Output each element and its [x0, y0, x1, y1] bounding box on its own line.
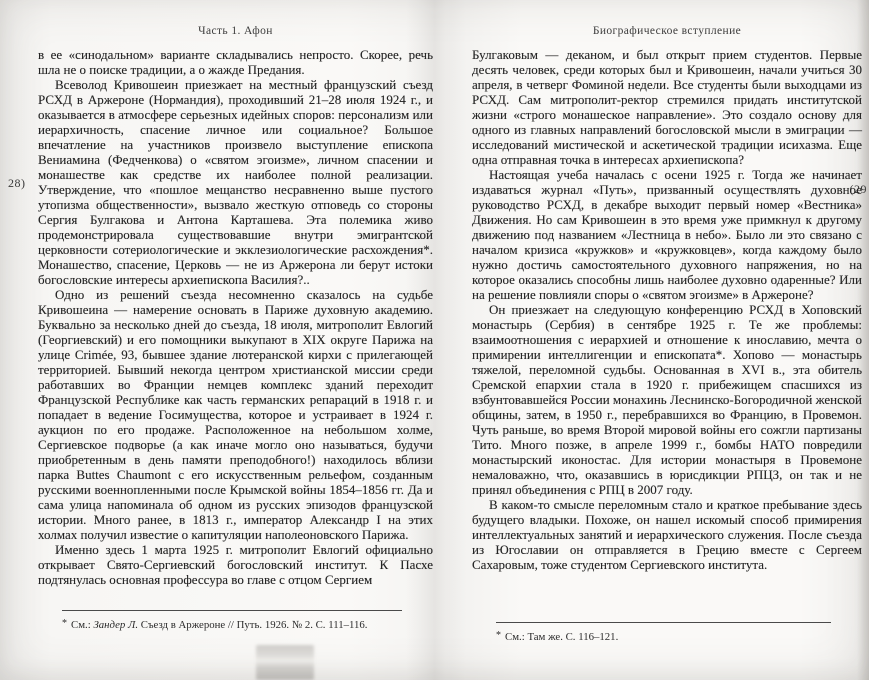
footnote-right: *См.: Там же. С. 116–121. — [472, 622, 862, 644]
body-paragraph: Всеволод Кривошеин приезжает на местный … — [38, 77, 433, 287]
footnote-rest: Съезд в Аржероне // Путь. 1926. № 2. С. … — [138, 619, 367, 631]
body-paragraph: Настоящая учеба началась с осени 1925 г.… — [472, 167, 862, 302]
body-paragraph: Он приезжает на следующую конференцию РС… — [472, 302, 862, 497]
footnote-rule — [496, 622, 831, 623]
footnote-prefix: См.: — [71, 619, 93, 631]
footnote-source: Зандер Л. — [93, 619, 138, 631]
left-margin-page-number: 28) — [8, 176, 26, 191]
left-page: Часть 1. Афон в ее «синодальном» вариант… — [38, 24, 433, 587]
running-header-left: Часть 1. Афон — [38, 24, 433, 38]
footnote-marker: * — [496, 630, 501, 641]
book-scan-spread: 28) (29 Часть 1. Афон в ее «синодальном»… — [0, 0, 869, 680]
running-header-right: Биографическое вступление — [472, 24, 862, 38]
body-paragraph: Одно из решений съезда несомненно сказал… — [38, 287, 433, 542]
left-page-body: в ее «синодальном» варианте складывались… — [38, 47, 433, 587]
body-paragraph: в ее «синодальном» варианте складывались… — [38, 47, 433, 77]
footnote-prefix: См.: — [505, 631, 527, 643]
footnote-rule — [62, 610, 402, 611]
bottom-page-edges-artifact — [256, 645, 314, 680]
right-page: Биографическое вступление Булгаковым — д… — [472, 24, 862, 572]
body-paragraph: Именно здесь 1 марта 1925 г. митрополит … — [38, 542, 433, 587]
footnote-rest: Там же. С. 116–121. — [527, 631, 618, 643]
right-page-body: Булгаковым — деканом, и был открыт прием… — [472, 47, 862, 572]
footnote-marker: * — [62, 618, 67, 629]
footnote-left: *См.: Зандер Л. Съезд в Аржероне // Путь… — [38, 610, 433, 632]
body-paragraph: Булгаковым — деканом, и был открыт прием… — [472, 47, 862, 167]
footnote-text: *См.: Там же. С. 116–121. — [496, 629, 862, 644]
body-paragraph: В каком-то смысле переломным стало и кра… — [472, 497, 862, 572]
footnote-text: *См.: Зандер Л. Съезд в Аржероне // Путь… — [62, 617, 433, 632]
